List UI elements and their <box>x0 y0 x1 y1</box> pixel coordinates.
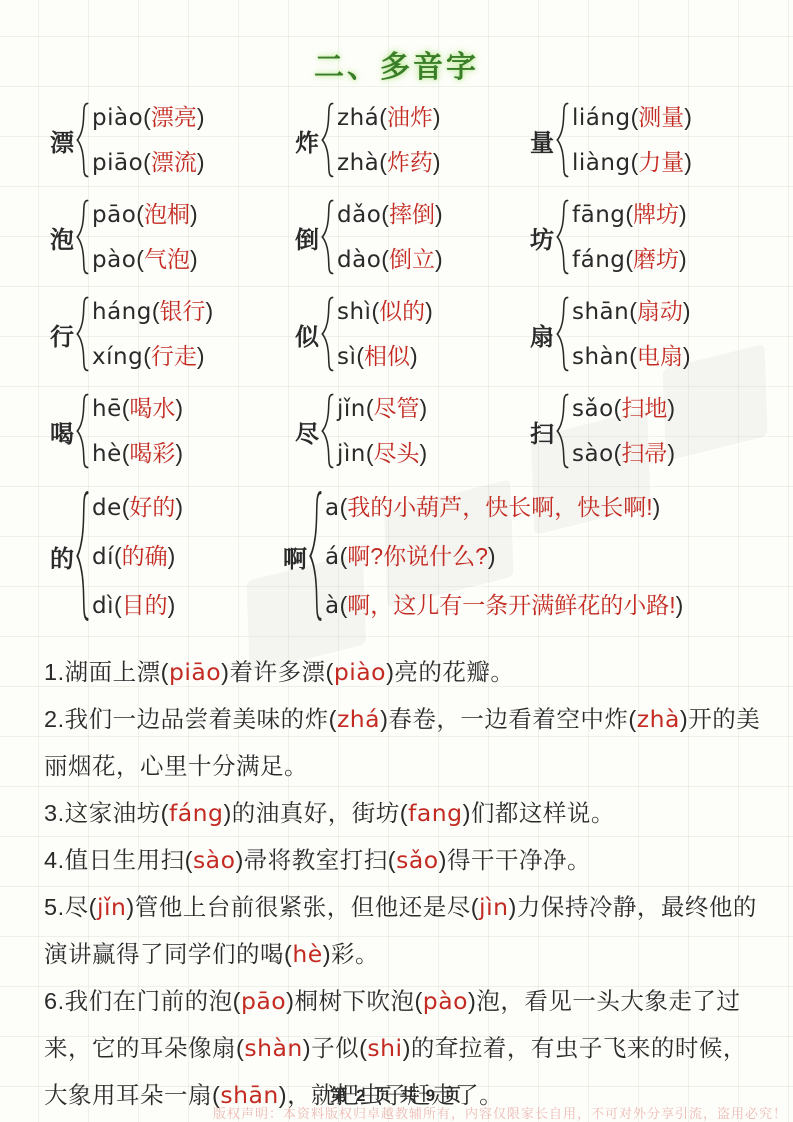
example-word: 扇动 <box>637 298 683 324</box>
multi-sound-group: 似shì(似的)sì(相似) <box>295 296 530 372</box>
example-word: 我的小葫芦，快长啊，快长啊! <box>347 494 652 520</box>
pinyin: á <box>325 544 340 570</box>
pinyin: à <box>325 593 340 619</box>
multi-sound-group: 泡pāo(泡桐)pào(气泡) <box>50 199 295 275</box>
example-word: 好的 <box>129 494 175 520</box>
pronunciation-entry: liàng(力量) <box>572 148 692 177</box>
pinyin: hē <box>92 396 122 422</box>
paren-close: ) <box>420 440 428 466</box>
head-char: 漂 <box>50 123 74 158</box>
pinyin: dí <box>92 544 114 570</box>
sentence-text: )春卷，一边看着空中炸( <box>380 706 637 732</box>
pronunciation-entry: shān(扇动) <box>572 297 691 326</box>
pinyin: piào <box>92 105 143 131</box>
pinyin-annotation: sào <box>193 846 236 874</box>
pronunciation-entry: hè(喝彩) <box>92 439 183 468</box>
sentence-list: 1.湖面上漂(piāo)着许多漂(piào)亮的花瓣。2.我们一边品尝着美味的炸… <box>0 643 793 1119</box>
paren-close: ) <box>197 149 205 175</box>
group-slot: 量liáng(测量)liàng(力量) <box>530 102 793 178</box>
multi-sound-group: 喝hē(喝水)hè(喝彩) <box>50 393 295 469</box>
multi-sound-group: 炸zhá(油炸)zhà(炸药) <box>295 102 530 178</box>
group-slot: 漂piào(漂亮)piāo(漂流) <box>50 102 295 178</box>
head-char: 量 <box>530 123 554 158</box>
paren-close: ) <box>190 201 198 227</box>
pinyin-annotation: pào <box>423 987 468 1015</box>
sentence: 3.这家油坊(fáng)的油真好，街坊(fang)们都这样说。 <box>44 790 767 837</box>
sentence: 2.我们一边品尝着美味的炸(zhá)春卷，一边看着空中炸(zhà)开的美丽烟花，… <box>44 696 767 790</box>
paren-open: ( <box>136 201 144 227</box>
pronunciation-entry: pāo(泡桐) <box>92 200 198 229</box>
pronunciation-entry: á(啊?你说什么?) <box>325 542 683 571</box>
pronunciation-entries: a(我的小葫芦，快长啊，快长啊!)á(啊?你说什么?)à(啊，这儿有一条开满鲜花… <box>325 493 683 620</box>
paren-close: ) <box>684 104 692 130</box>
pinyin: sǎo <box>572 396 614 422</box>
sentence-text: )们都这样说。 <box>463 800 615 826</box>
pinyin-annotation: sǎo <box>396 846 439 874</box>
paren-close: ) <box>206 298 214 324</box>
group-slot: 啊a(我的小葫芦，快长啊，快长啊!)á(啊?你说什么?)à(啊，这儿有一条开满鲜… <box>283 490 518 622</box>
pronunciation-entry: shàn(电扇) <box>572 342 691 371</box>
paren-open: ( <box>143 149 151 175</box>
groups: 漂piào(漂亮)piāo(漂流)炸zhá(油炸)zhà(炸药)量liáng(测… <box>0 86 793 622</box>
paren-close: ) <box>175 440 183 466</box>
paren-close: ) <box>676 592 684 618</box>
pronunciation-entry: zhá(油炸) <box>337 103 441 132</box>
pinyin-annotation: hè <box>292 940 322 968</box>
pronunciation-entries: dǎo(摔倒)dào(倒立) <box>337 200 443 274</box>
pinyin-annotation: fang <box>408 799 463 827</box>
example-word: 目的 <box>122 592 168 618</box>
sentence-text: )的油真好，街坊( <box>223 800 408 826</box>
pinyin-annotation: pāo <box>241 987 286 1015</box>
example-word: 的确 <box>122 543 168 569</box>
paren-open: ( <box>143 104 151 130</box>
pronunciation-entries: pāo(泡桐)pào(气泡) <box>92 200 198 274</box>
pinyin-annotation: jìn <box>479 893 508 921</box>
paren-open: ( <box>152 298 160 324</box>
pronunciation-entry: jìn(尽头) <box>337 439 427 468</box>
head-char: 似 <box>295 317 319 352</box>
pinyin: pāo <box>92 202 136 228</box>
pronunciation-entry: piāo(漂流) <box>92 148 205 177</box>
pronunciation-entries: piào(漂亮)piāo(漂流) <box>92 103 205 177</box>
pinyin-annotation: piāo <box>169 658 221 686</box>
brace-row: 行háng(银行)xíng(行走)似shì(似的)sì(相似)扇shān(扇动)… <box>50 296 793 372</box>
brace-row: 的de(好的)dí(的确)dì(目的)啊a(我的小葫芦，快长啊，快长啊!)á(啊… <box>50 490 793 622</box>
pronunciation-entries: de(好的)dí(的确)dì(目的) <box>92 493 183 620</box>
brace-icon <box>321 199 334 275</box>
example-word: 倒立 <box>389 246 435 272</box>
multi-sound-group: 漂piào(漂亮)piāo(漂流) <box>50 102 295 178</box>
multi-sound-group: 行háng(银行)xíng(行走) <box>50 296 295 372</box>
sentence: 1.湖面上漂(piāo)着许多漂(piào)亮的花瓣。 <box>44 649 767 696</box>
brace-icon <box>556 199 569 275</box>
paren-close: ) <box>683 343 691 369</box>
paren-open: ( <box>366 440 374 466</box>
brace-row: 泡pāo(泡桐)pào(气泡)倒dǎo(摔倒)dào(倒立)坊fāng(牌坊)f… <box>50 199 793 275</box>
paren-close: ) <box>433 104 441 130</box>
example-word: 尽头 <box>374 440 420 466</box>
example-word: 电扇 <box>637 343 683 369</box>
example-word: 相似 <box>364 343 410 369</box>
group-slot: 倒dǎo(摔倒)dào(倒立) <box>295 199 530 275</box>
paren-close: ) <box>667 440 675 466</box>
pinyin: háng <box>92 299 152 325</box>
pronunciation-entry: hē(喝水) <box>92 394 183 423</box>
paren-close: ) <box>197 343 205 369</box>
example-word: 喝水 <box>129 395 175 421</box>
example-word: 扫地 <box>621 395 667 421</box>
paren-close: ) <box>168 543 176 569</box>
head-char: 喝 <box>50 414 74 449</box>
pronunciation-entries: shì(似的)sì(相似) <box>337 297 433 371</box>
copyright-notice: 版权声明：本资料版权归卓越教辅所有，内容仅限家长自用，不可对外分享引流，盗用必究… <box>213 1103 793 1122</box>
paren-open: ( <box>379 149 387 175</box>
head-char: 尽 <box>295 414 319 449</box>
paren-close: ) <box>433 149 441 175</box>
head-char: 倒 <box>295 220 319 255</box>
pinyin: de <box>92 495 122 521</box>
pinyin: jǐn <box>337 396 366 422</box>
paren-close: ) <box>175 494 183 520</box>
sentence-text: 2.我们一边品尝着美味的炸( <box>44 706 337 732</box>
paren-open: ( <box>136 246 144 272</box>
paren-close: ) <box>197 104 205 130</box>
pronunciation-entry: dào(倒立) <box>337 245 443 274</box>
brace-icon <box>556 296 569 372</box>
group-slot: 的de(好的)dí(的确)dì(目的) <box>50 490 283 622</box>
pinyin: dào <box>337 247 381 273</box>
pronunciation-entry: háng(银行) <box>92 297 213 326</box>
head-char: 啊 <box>283 539 307 574</box>
pinyin: hè <box>92 441 122 467</box>
brace-icon <box>321 102 334 178</box>
example-word: 漂流 <box>151 149 197 175</box>
pinyin-annotation: shàn <box>244 1034 302 1062</box>
sentence-text: )帚将教室打扫( <box>235 847 396 873</box>
head-char: 炸 <box>295 123 319 158</box>
example-word: 气泡 <box>144 246 190 272</box>
group-slot: 扇shān(扇动)shàn(电扇) <box>530 296 793 372</box>
brace-icon <box>76 199 89 275</box>
example-word: 啊?你说什么? <box>347 543 488 569</box>
paren-close: ) <box>667 395 675 421</box>
sentence-text: 6.我们在门前的泡( <box>44 988 241 1014</box>
paren-close: ) <box>488 543 496 569</box>
pinyin: piāo <box>92 150 143 176</box>
pronunciation-entries: liáng(测量)liàng(力量) <box>572 103 692 177</box>
example-word: 测量 <box>638 104 684 130</box>
pronunciation-entries: hē(喝水)hè(喝彩) <box>92 394 183 468</box>
sentence-text: )子似( <box>303 1035 368 1061</box>
pronunciation-entry: jǐn(尽管) <box>337 394 427 423</box>
multi-sound-group: 坊fāng(牌坊)fáng(磨坊) <box>530 199 793 275</box>
pinyin: fáng <box>572 247 625 273</box>
brace-icon <box>321 393 334 469</box>
example-word: 扫帚 <box>621 440 667 466</box>
example-word: 尽管 <box>374 395 420 421</box>
pronunciation-entry: dí(的确) <box>92 542 183 571</box>
paren-close: ) <box>175 395 183 421</box>
pinyin: pào <box>92 247 136 273</box>
pinyin-annotation: jǐn <box>97 893 126 921</box>
example-word: 力量 <box>638 149 684 175</box>
paren-open: ( <box>381 201 389 227</box>
pronunciation-entries: jǐn(尽管)jìn(尽头) <box>337 394 427 468</box>
pinyin: shān <box>572 299 629 325</box>
sentence-text: )管他上台前很紧张，但他还是尽( <box>126 894 479 920</box>
example-word: 喝彩 <box>129 440 175 466</box>
paren-close: ) <box>425 298 433 324</box>
pronunciation-entry: sào(扫帚) <box>572 439 675 468</box>
pronunciation-entry: piào(漂亮) <box>92 103 205 132</box>
paren-close: ) <box>190 246 198 272</box>
brace-icon <box>76 490 89 622</box>
group-slot: 尽jǐn(尽管)jìn(尽头) <box>295 393 530 469</box>
example-word: 炸药 <box>387 149 433 175</box>
pronunciation-entry: xíng(行走) <box>92 342 213 371</box>
sentence-text: )着许多漂( <box>221 659 334 685</box>
brace-icon <box>321 296 334 372</box>
pinyin: liàng <box>572 150 631 176</box>
brace-icon <box>76 393 89 469</box>
example-word: 油炸 <box>387 104 433 130</box>
paren-close: ) <box>683 298 691 324</box>
multi-sound-group: 量liáng(测量)liàng(力量) <box>530 102 793 178</box>
paren-close: ) <box>684 149 692 175</box>
paren-open: ( <box>114 543 122 569</box>
pronunciation-entry: dǎo(摔倒) <box>337 200 443 229</box>
group-slot: 坊fāng(牌坊)fáng(磨坊) <box>530 199 793 275</box>
group-slot: 喝hē(喝水)hè(喝彩) <box>50 393 295 469</box>
pinyin: sào <box>572 441 614 467</box>
paren-close: ) <box>435 201 443 227</box>
pronunciation-entry: fáng(磨坊) <box>572 245 687 274</box>
paren-close: ) <box>435 246 443 272</box>
brace-icon <box>76 102 89 178</box>
pinyin: a <box>325 495 340 521</box>
sentence-text: 1.湖面上漂( <box>44 659 169 685</box>
example-word: 摔倒 <box>389 201 435 227</box>
paren-open: ( <box>625 246 633 272</box>
paren-open: ( <box>625 201 633 227</box>
pronunciation-entry: sì(相似) <box>337 342 433 371</box>
pinyin: dǎo <box>337 202 381 228</box>
sentence: 4.值日生用扫(sào)帚将教室打扫(sǎo)得干干净净。 <box>44 837 767 884</box>
pronunciation-entries: sǎo(扫地)sào(扫帚) <box>572 394 675 468</box>
brace-row: 喝hē(喝水)hè(喝彩)尽jǐn(尽管)jìn(尽头)扫sǎo(扫地)sào(… <box>50 393 793 469</box>
pinyin-annotation: zhà <box>637 705 680 733</box>
head-char: 泡 <box>50 220 74 255</box>
group-slot: 扫sǎo(扫地)sào(扫帚) <box>530 393 793 469</box>
pronunciation-entries: háng(银行)xíng(行走) <box>92 297 213 371</box>
group-slot: 行háng(银行)xíng(行走) <box>50 296 295 372</box>
pronunciation-entry: shì(似的) <box>337 297 433 326</box>
pronunciation-entry: à(啊，这儿有一条开满鲜花的小路!) <box>325 591 683 620</box>
paren-close: ) <box>679 201 687 227</box>
pronunciation-entry: zhà(炸药) <box>337 148 441 177</box>
paren-close: ) <box>168 592 176 618</box>
multi-sound-group: 扫sǎo(扫地)sào(扫帚) <box>530 393 793 469</box>
paren-open: ( <box>143 343 151 369</box>
group-slot: 泡pāo(泡桐)pào(气泡) <box>50 199 295 275</box>
pronunciation-entry: liáng(测量) <box>572 103 692 132</box>
paren-close: ) <box>410 343 418 369</box>
example-word: 银行 <box>160 298 206 324</box>
group-slot: 炸zhá(油炸)zhà(炸药) <box>295 102 530 178</box>
group-slot: 似shì(似的)sì(相似) <box>295 296 530 372</box>
sentence-text: 3.这家油坊( <box>44 800 169 826</box>
example-word: 啊，这儿有一条开满鲜花的小路! <box>347 592 675 618</box>
brace-row: 漂piào(漂亮)piāo(漂流)炸zhá(油炸)zhà(炸药)量liáng(测… <box>50 102 793 178</box>
pinyin: shì <box>337 299 371 325</box>
paren-open: ( <box>629 343 637 369</box>
pinyin: dì <box>92 593 114 619</box>
example-word: 泡桐 <box>144 201 190 227</box>
example-word: 牌坊 <box>633 201 679 227</box>
pinyin: zhá <box>337 105 379 131</box>
sentence: 5.尽(jǐn)管他上台前很紧张，但他还是尽(jìn)力保持冷静，最终他的演讲赢… <box>44 884 767 978</box>
pinyin-annotation: fáng <box>169 799 224 827</box>
pronunciation-entries: fāng(牌坊)fáng(磨坊) <box>572 200 687 274</box>
pronunciation-entry: a(我的小葫芦，快长啊，快长啊!) <box>325 493 683 522</box>
pinyin: shàn <box>572 344 629 370</box>
pinyin: sì <box>337 344 356 370</box>
pinyin: zhà <box>337 150 379 176</box>
paren-open: ( <box>371 298 379 324</box>
pronunciation-entry: dì(目的) <box>92 591 183 620</box>
brace-icon <box>76 296 89 372</box>
multi-sound-group: 扇shān(扇动)shàn(电扇) <box>530 296 793 372</box>
sentence-text: )得干干净净。 <box>439 847 591 873</box>
pronunciation-entry: de(好的) <box>92 493 183 522</box>
brace-icon <box>309 490 322 622</box>
example-word: 行走 <box>151 343 197 369</box>
paren-close: ) <box>653 494 661 520</box>
pronunciation-entry: pào(气泡) <box>92 245 198 274</box>
pinyin-annotation: zhá <box>337 705 380 733</box>
multi-sound-group: 倒dǎo(摔倒)dào(倒立) <box>295 199 530 275</box>
paren-close: ) <box>420 395 428 421</box>
sentence-text: )桐树下吹泡( <box>286 988 423 1014</box>
pinyin-annotation: shi <box>367 1034 402 1062</box>
example-word: 似的 <box>379 298 425 324</box>
head-char: 坊 <box>530 220 554 255</box>
paren-open: ( <box>629 298 637 324</box>
head-char: 扇 <box>530 317 554 352</box>
pronunciation-entry: fāng(牌坊) <box>572 200 687 229</box>
page-title: 二、多音字 <box>0 42 793 86</box>
brace-icon <box>556 102 569 178</box>
head-char: 的 <box>50 539 74 574</box>
head-char: 行 <box>50 317 74 352</box>
multi-sound-group: 啊a(我的小葫芦，快长啊，快长啊!)á(啊?你说什么?)à(啊，这儿有一条开满鲜… <box>283 490 518 622</box>
sentence-text: 4.值日生用扫( <box>44 847 193 873</box>
paren-open: ( <box>379 104 387 130</box>
sentence-text: )亮的花瓣。 <box>386 659 514 685</box>
brace-icon <box>556 393 569 469</box>
pinyin: jìn <box>337 441 366 467</box>
sentence-text: )彩。 <box>323 941 379 967</box>
paren-close: ) <box>679 246 687 272</box>
pinyin: xíng <box>92 344 143 370</box>
sentence-text: 5.尽( <box>44 894 97 920</box>
pronunciation-entry: sǎo(扫地) <box>572 394 675 423</box>
pronunciation-entries: zhá(油炸)zhà(炸药) <box>337 103 441 177</box>
paren-open: ( <box>366 395 374 421</box>
pinyin-annotation: piào <box>334 658 386 686</box>
example-word: 漂亮 <box>151 104 197 130</box>
paren-open: ( <box>114 592 122 618</box>
pinyin: fāng <box>572 202 625 228</box>
paren-open: ( <box>356 343 364 369</box>
head-char: 扫 <box>530 414 554 449</box>
multi-sound-group: 尽jǐn(尽管)jìn(尽头) <box>295 393 530 469</box>
pinyin: liáng <box>572 105 631 131</box>
example-word: 磨坊 <box>633 246 679 272</box>
multi-sound-group: 的de(好的)dí(的确)dì(目的) <box>50 490 283 622</box>
pronunciation-entries: shān(扇动)shàn(电扇) <box>572 297 691 371</box>
paren-open: ( <box>381 246 389 272</box>
